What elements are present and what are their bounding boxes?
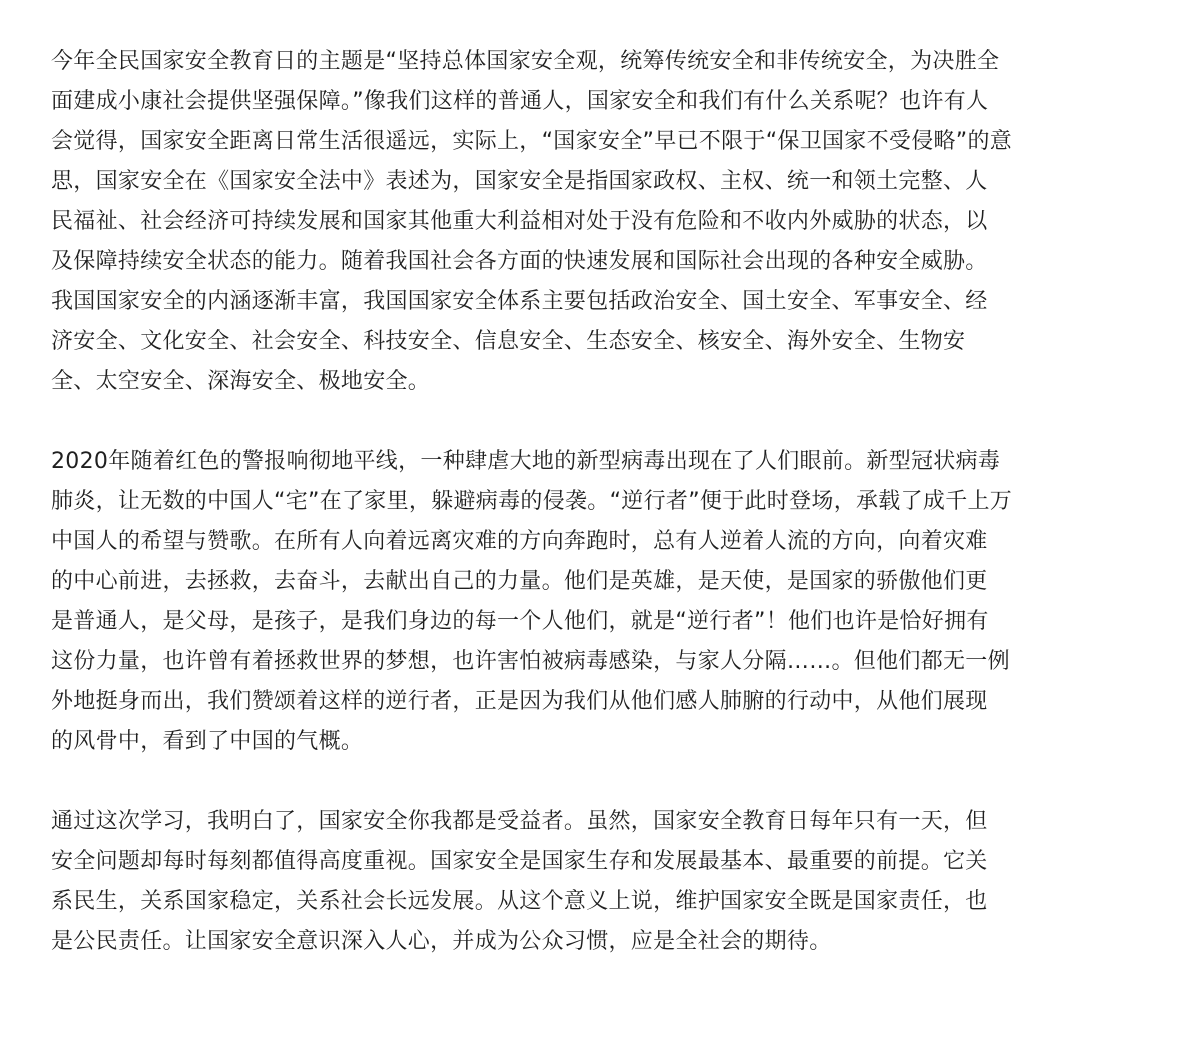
text-line: 思，国家安全在《国家安全法中》表述为，国家安全是指国家政权、主权、统一和领土完整…: [51, 162, 1161, 202]
paragraph-retrograde-heroes: 2020年随着红色的警报响彻地平线，一种肆虐大地的新型病毒出现在了人们眼前。新型…: [51, 442, 1161, 762]
text-line: 民福祉、社会经济可持续发展和国家其他重大利益相对处于没有危险和不收内外威胁的状态…: [51, 202, 1161, 242]
text-line: 通过这次学习，我明白了，国家安全你我都是受益者。虽然，国家安全教育日每年只有一天…: [51, 802, 1161, 842]
paragraph-conclusion: 通过这次学习，我明白了，国家安全你我都是受益者。虽然，国家安全教育日每年只有一天…: [51, 802, 1161, 962]
text-line: 这份力量，也许曾有着拯救世界的梦想，也许害怕被病毒感染，与家人分隔……。但他们都…: [51, 642, 1161, 682]
text-line: 面建成小康社会提供坚强保障。”像我们这样的普通人，国家安全和我们有什么关系呢？也…: [51, 82, 1161, 122]
text-line: 2020年随着红色的警报响彻地平线，一种肆虐大地的新型病毒出现在了人们眼前。新型…: [51, 442, 1161, 482]
paragraph-national-security-theme: 今年全民国家安全教育日的主题是“坚持总体国家安全观，统筹传统安全和非传统安全，为…: [51, 42, 1161, 402]
text-line: 外地挺身而出，我们赞颂着这样的逆行者，正是因为我们从他们感人肺腑的行动中，从他们…: [51, 682, 1161, 722]
text-line: 的中心前进，去拯救，去奋斗，去献出自己的力量。他们是英雄，是天使，是国家的骄傲他…: [51, 562, 1161, 602]
text-line: 我国国家安全的内涵逐渐丰富，我国国家安全体系主要包括政治安全、国土安全、军事安全…: [51, 282, 1161, 322]
text-line: 中国人的希望与赞歌。在所有人向着远离灾难的方向奔跑时，总有人逆着人流的方向，向着…: [51, 522, 1161, 562]
text-line: 是公民责任。让国家安全意识深入人心，并成为公众习惯，应是全社会的期待。: [51, 922, 1161, 962]
text-line: 是普通人，是父母，是孩子，是我们身边的每一个人他们，就是“逆行者”！他们也许是恰…: [51, 602, 1161, 642]
text-line: 安全问题却每时每刻都值得高度重视。国家安全是国家生存和发展最基本、最重要的前提。…: [51, 842, 1161, 882]
text-line: 肺炎，让无数的中国人“宅”在了家里，躲避病毒的侵袭。“逆行者”便于此时登场，承载…: [51, 482, 1161, 522]
text-line: 今年全民国家安全教育日的主题是“坚持总体国家安全观，统筹传统安全和非传统安全，为…: [51, 42, 1161, 82]
text-line: 系民生，关系国家稳定，关系社会长远发展。从这个意义上说，维护国家安全既是国家责任…: [51, 882, 1161, 922]
text-line: 会觉得，国家安全距离日常生活很遥远，实际上，“国家安全”早已不限于“保卫国家不受…: [51, 122, 1161, 162]
text-line: 的风骨中，看到了中国的气概。: [51, 722, 1161, 762]
article-body: 今年全民国家安全教育日的主题是“坚持总体国家安全观，统筹传统安全和非传统安全，为…: [51, 42, 1161, 1002]
text-line: 全、太空安全、深海安全、极地安全。: [51, 362, 1161, 402]
text-line: 济安全、文化安全、社会安全、科技安全、信息安全、生态安全、核安全、海外安全、生物…: [51, 322, 1161, 362]
text-line: 及保障持续安全状态的能力。随着我国社会各方面的快速发展和国际社会出现的各种安全威…: [51, 242, 1161, 282]
